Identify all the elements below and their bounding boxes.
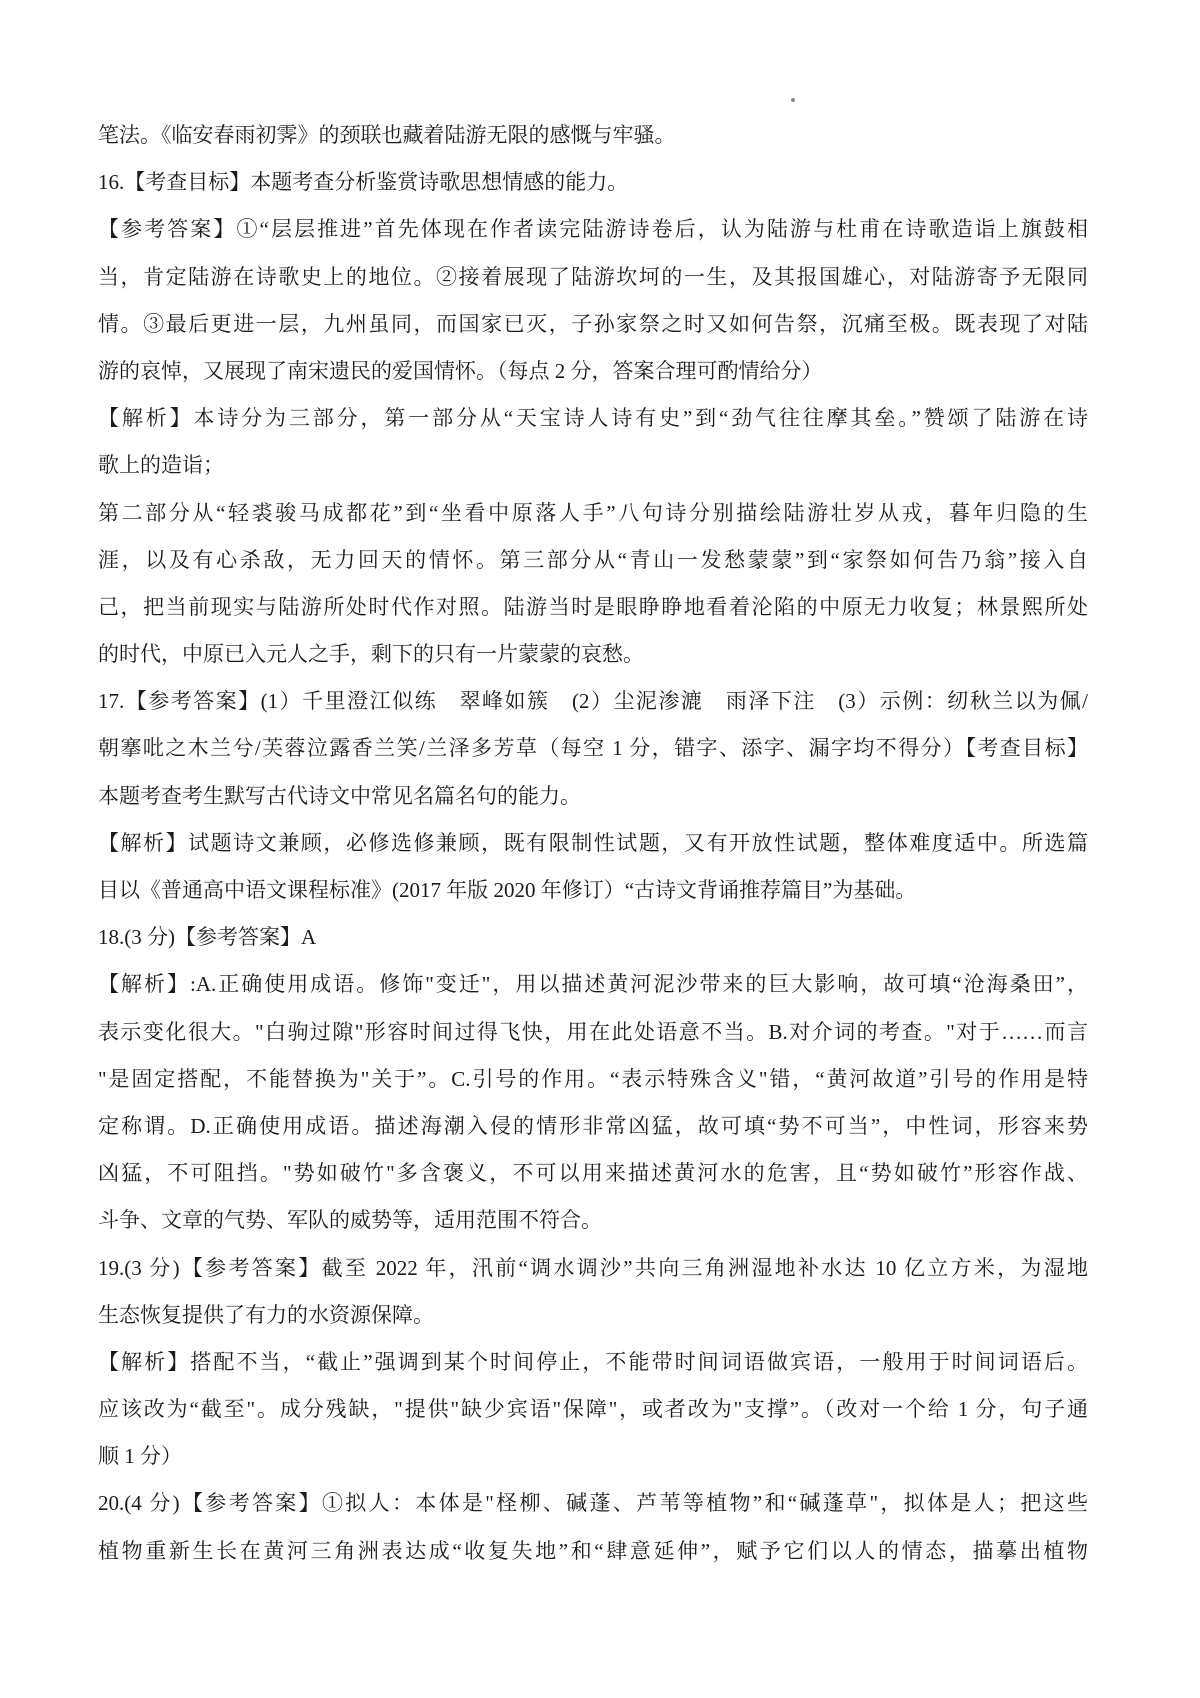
text-line: 19.(3 分)【参考答案】截至 2022 年，汛前“调水调沙”共向三角洲湿地补… — [98, 1245, 1088, 1292]
text-line: 【解析】:A.正确使用成语。修饰"变迁"，用以描述黄河泥沙带来的巨大影响，故可填… — [98, 961, 1088, 1008]
document-body: 笔法。《临安春雨初霁》的颈联也藏着陆游无限的感慨与牢骚。16.【考查目标】本题考… — [98, 112, 1088, 1575]
text-line: 【解析】试题诗文兼顾，必修选修兼顾，既有限制性试题，又有开放性试题，整体难度适中… — [98, 820, 1088, 867]
text-line: 应该改为“截至"。成分残缺，"提供"缺少宾语"保障"，或者改为"支撑”。（改对一… — [98, 1386, 1088, 1433]
text-line: 游的哀悼，又展现了南宋遗民的爱国情怀。（每点 2 分，答案合理可酌情给分） — [98, 348, 1088, 395]
text-line: 生态恢复提供了有力的水资源保障。 — [98, 1292, 1088, 1339]
text-line: 歌上的造诣； — [98, 442, 1088, 489]
text-line: 顺 1 分） — [98, 1433, 1088, 1480]
text-line: 的时代，中原已入元人之手，剩下的只有一片蒙蒙的哀愁。 — [98, 631, 1088, 678]
text-line: 【参考答案】①“层层推进”首先体现在作者读完陆游诗卷后，认为陆游与杜甫在诗歌造诣… — [98, 206, 1088, 253]
text-line: 涯，以及有心杀敌，无力回天的情怀。第三部分从“青山一发愁蒙蒙”到“家祭如何告乃翁… — [98, 537, 1088, 584]
text-line: 情。③最后更进一层，九州虽同，而国家已灭，子孙家祭之时又如何告祭，沉痛至极。既表… — [98, 301, 1088, 348]
text-line: "是固定搭配，不能替换为"关于”。C.引号的作用。“表示特殊含义"错，“黄河故道… — [98, 1056, 1088, 1103]
text-line: 【解析】本诗分为三部分，第一部分从“天宝诗人诗有史”到“劲气往往摩其垒。”赞颂了… — [98, 395, 1088, 442]
text-line: 斗争、文章的气势、军队的威势等，适用范围不符合。 — [98, 1197, 1088, 1244]
text-line: 16.【考查目标】本题考查分析鉴赏诗歌思想情感的能力。 — [98, 159, 1088, 206]
text-line: 第二部分从“轻裘骏马成都花”到“坐看中原落人手”八句诗分别描绘陆游壮岁从戎，暮年… — [98, 490, 1088, 537]
text-line: 目以《普通高中语文课程标准》(2017 年版 2020 年修订）“古诗文背诵推荐… — [98, 867, 1088, 914]
text-line: 凶猛，不可阻挡。"势如破竹"多含褒义，不可以用来描述黄河水的危害，且“势如破竹”… — [98, 1150, 1088, 1197]
text-line: 定称谓。D.正确使用成语。描述海潮入侵的情形非常凶猛，故可填“势不可当”，中性词… — [98, 1103, 1088, 1150]
text-line: 本题考查考生默写古代诗文中常见名篇名句的能力。 — [98, 773, 1088, 820]
text-line: 表示变化很大。"白驹过隙"形容时间过得飞快，用在此处语意不当。B.对介词的考查。… — [98, 1009, 1088, 1056]
text-line: 20.(4 分)【参考答案】①拟人：本体是"柽柳、碱蓬、芦苇等植物”和“碱蓬草"… — [98, 1480, 1088, 1527]
stray-dot — [791, 98, 795, 102]
text-line: 朝搴吡之木兰兮/芙蓉泣露香兰笑/兰泽多芳草（每空 1 分，错字、添字、漏字均不得… — [98, 725, 1088, 772]
text-line: 17.【参考答案】(1）千里澄江似练 翠峰如簇 (2）尘泥渗漉 雨泽下注 (3）… — [98, 678, 1088, 725]
text-line: 植物重新生长在黄河三角洲表达成“收复失地”和“肆意延伸”，赋予它们以人的情态，描… — [98, 1528, 1088, 1575]
text-line: 己，把当前现实与陆游所处时代作对照。陆游当时是眼睁睁地看着沦陷的中原无力收复；林… — [98, 584, 1088, 631]
text-line: 【解析】搭配不当，“截止”强调到某个时间停止，不能带时间词语做宾语，一般用于时间… — [98, 1339, 1088, 1386]
text-line: 18.(3 分)【参考答案】A — [98, 914, 1088, 961]
text-line: 笔法。《临安春雨初霁》的颈联也藏着陆游无限的感慨与牢骚。 — [98, 112, 1088, 159]
text-line: 当，肯定陆游在诗歌史上的地位。②接着展现了陆游坎坷的一生，及其报国雄心，对陆游寄… — [98, 254, 1088, 301]
document-page: 笔法。《临安春雨初霁》的颈联也藏着陆游无限的感慨与牢骚。16.【考查目标】本题考… — [0, 0, 1200, 1698]
